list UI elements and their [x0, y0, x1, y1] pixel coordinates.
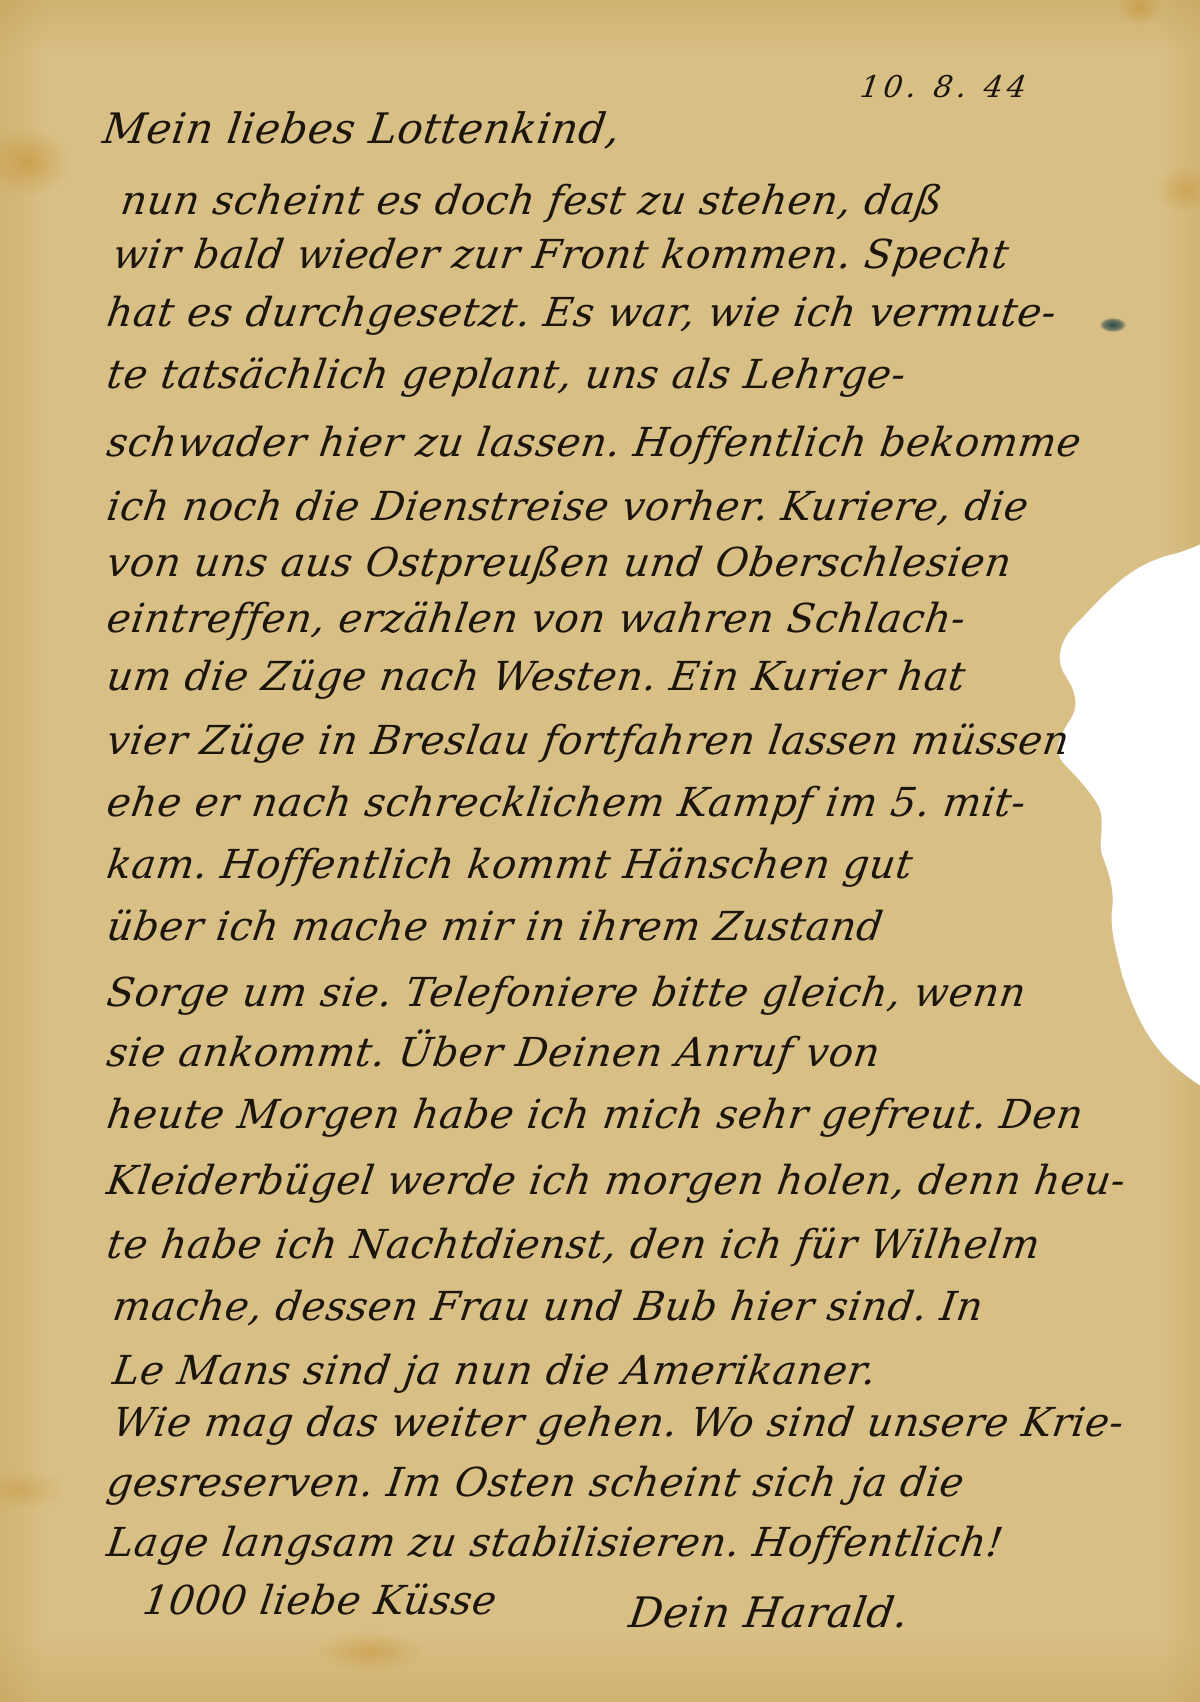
body-line: um die Züge nach Westen. Ein Kurier hat [104, 654, 969, 700]
body-line: te habe ich Nachtdienst, den ich für Wil… [104, 1222, 1043, 1268]
body-line: kam. Hoffentlich kommt Hänschen gut [104, 842, 916, 888]
torn-hole [1040, 520, 1200, 1100]
body-line: von uns aus Ostpreußen und Oberschlesien [104, 540, 1015, 586]
letter-signature: Dein Harald. [626, 1588, 912, 1637]
body-line: ehe er nach schrecklichem Kampf im 5. mi… [104, 780, 1029, 826]
body-line: heute Morgen habe ich mich sehr gefreut.… [104, 1092, 1086, 1138]
ink-blot [1100, 318, 1126, 332]
body-line: schwader hier zu lassen. Hoffentlich bek… [104, 420, 1084, 466]
body-line: te tatsächlich geplant, uns als Lehrge- [104, 352, 909, 398]
letter-salutation: Mein liebes Lottenkind, [100, 104, 623, 153]
body-line: sie ankommt. Über Deinen Anruf von [104, 1030, 883, 1076]
body-line: ich noch die Dienstreise vorher. Kuriere… [104, 484, 1032, 530]
body-line: gesreserven. Im Osten scheint sich ja di… [104, 1460, 967, 1506]
letter-page: 10. 8. 44 Mein liebes Lottenkind, nun sc… [0, 0, 1200, 1702]
body-line: über ich mache mir in ihrem Zustand [104, 904, 886, 950]
body-line: wir bald wieder zur Front kommen. Specht [110, 232, 1012, 278]
body-line: vier Züge in Breslau fortfahren lassen m… [104, 718, 1072, 764]
letter-date: 10. 8. 44 [858, 70, 1033, 105]
body-line: eintreffen, erzählen von wahren Schlach- [104, 596, 969, 642]
body-line: Kleiderbügel werde ich morgen holen, den… [104, 1158, 1128, 1204]
body-line: Wie mag das weiter gehen. Wo sind unsere… [110, 1400, 1127, 1446]
body-line: hat es durchgesetzt. Es war, wie ich ver… [104, 290, 1059, 336]
body-line: Le Mans sind ja nun die Amerikaner. [110, 1348, 879, 1394]
letter-closing: 1000 liebe Küsse [140, 1578, 500, 1624]
body-line: mache, dessen Frau und Bub hier sind. In [110, 1284, 986, 1330]
body-line: Lage langsam zu stabilisieren. Hoffentli… [104, 1520, 1006, 1566]
body-line: nun scheint es doch fest zu stehen, daß [118, 178, 946, 224]
body-line: Sorge um sie. Telefoniere bitte gleich, … [104, 970, 1029, 1016]
